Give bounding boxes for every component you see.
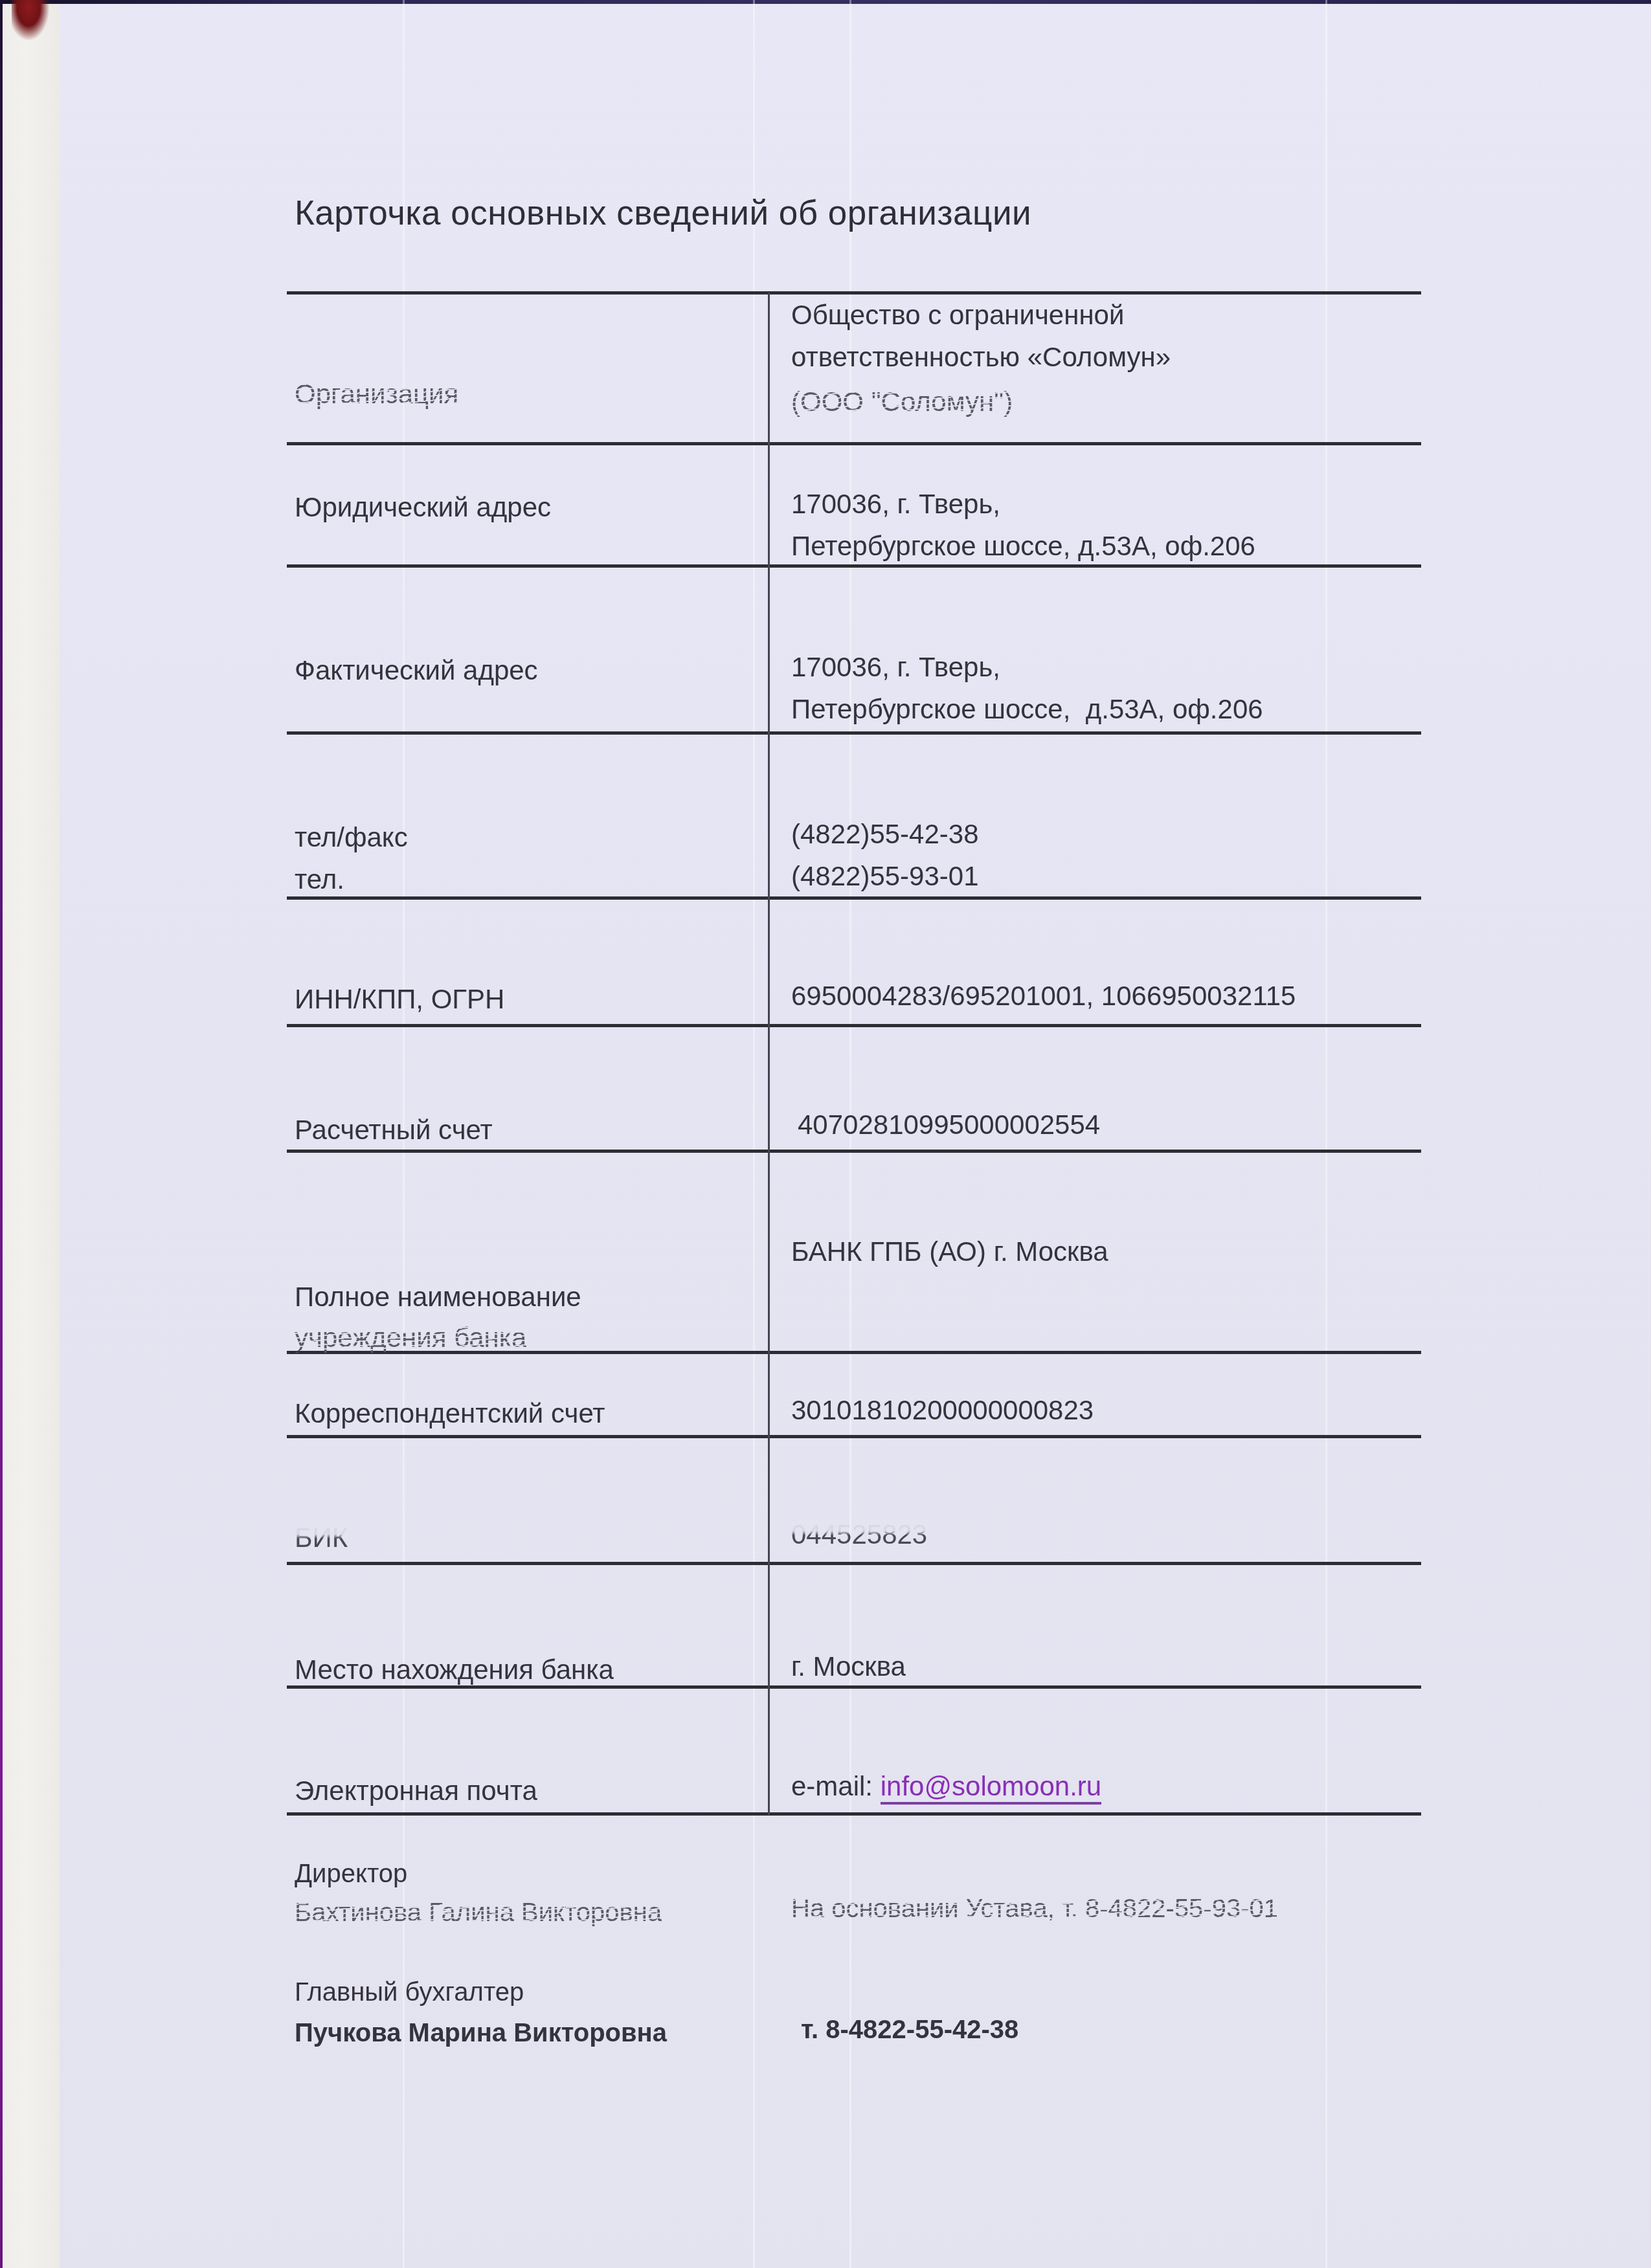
table-rule (287, 442, 1421, 445)
legal-address-value-line1: 170036, г. Тверь, (791, 489, 1000, 520)
chief-accountant-phone: т. 8-4822-55-42-38 (801, 2015, 1018, 2045)
director-name: Бахтинова Галина Викторовна (295, 1898, 662, 1928)
table-rule (287, 291, 1421, 295)
table-rule (287, 1435, 1421, 1438)
table-rule (287, 731, 1421, 735)
email-link[interactable]: info@solomoon.ru (881, 1771, 1101, 1805)
table-column-divider (768, 293, 770, 1815)
settlement-account-label: Расчетный счет (295, 1115, 493, 1146)
table-rule (287, 1685, 1421, 1689)
scan-margin-strip (3, 4, 60, 2268)
organization-label: Организация (295, 379, 458, 410)
settlement-account-value: 40702810995000002554 (798, 1109, 1100, 1140)
scan-artifact-streak (753, 0, 755, 2268)
organization-value-line1: Общество с ограниченной (791, 300, 1124, 331)
scan-edge-top (0, 0, 1651, 4)
actual-address-value-line1: 170036, г. Тверь, (791, 652, 1000, 683)
table-rule (287, 896, 1421, 900)
organization-value-line2: ответственностью «Соломун» (791, 342, 1171, 373)
phone-fax-label: тел/факс (295, 822, 408, 853)
bank-location-value: г. Москва (791, 1651, 906, 1682)
corr-account-value: 30101810200000000823 (791, 1395, 1094, 1426)
phone-value: (4822)55-93-01 (791, 861, 979, 892)
actual-address-value-line2: Петербургское шоссе, д.53А, оф.206 (791, 694, 1263, 725)
organization-value-line3: (ООО "Соломун") (791, 386, 1013, 417)
scan-corner-mark (12, 0, 49, 40)
scan-artifact-streak (1325, 0, 1327, 2268)
email-value: e-mail: info@solomoon.ru (791, 1771, 1101, 1802)
phone-fax-value: (4822)55-42-38 (791, 819, 979, 850)
director-basis: На основании Устава, т. 8-4822-55-93-01 (791, 1894, 1278, 1924)
table-rule (287, 1562, 1421, 1565)
table-rule (287, 1024, 1421, 1027)
bik-value: 044525823 (791, 1519, 927, 1550)
inn-kpp-ogrn-value: 6950004283/695201001, 1066950032115 (791, 981, 1296, 1012)
phone-label: тел. (295, 864, 344, 895)
bik-label: БИК (295, 1522, 348, 1553)
chief-accountant-title: Главный бухгалтер (295, 1977, 524, 2007)
corr-account-label: Корреспондентский счет (295, 1398, 605, 1429)
director-title: Директор (295, 1859, 407, 1889)
bank-name-value: БАНК ГПБ (АО) г. Москва (791, 1236, 1108, 1267)
bank-name-label-line2: учреждения банка (295, 1322, 526, 1353)
document-title: Карточка основных сведений об организаци… (295, 194, 1031, 234)
bank-location-label: Место нахождения банка (295, 1654, 614, 1685)
inn-kpp-ogrn-label: ИНН/КПП, ОГРН (295, 984, 504, 1015)
chief-accountant-name: Пучкова Марина Викторовна (295, 2018, 667, 2048)
table-rule (287, 1812, 1421, 1816)
table-rule (287, 564, 1421, 568)
legal-address-value-line2: Петербургское шоссе, д.53А, оф.206 (791, 531, 1255, 562)
email-label: Электронная почта (295, 1775, 537, 1807)
actual-address-label: Фактический адрес (295, 655, 538, 686)
bank-name-label-line1: Полное наименование (295, 1282, 581, 1313)
table-rule (287, 1150, 1421, 1153)
email-prefix: e-mail: (791, 1771, 881, 1801)
legal-address-label: Юридический адрес (295, 492, 551, 523)
